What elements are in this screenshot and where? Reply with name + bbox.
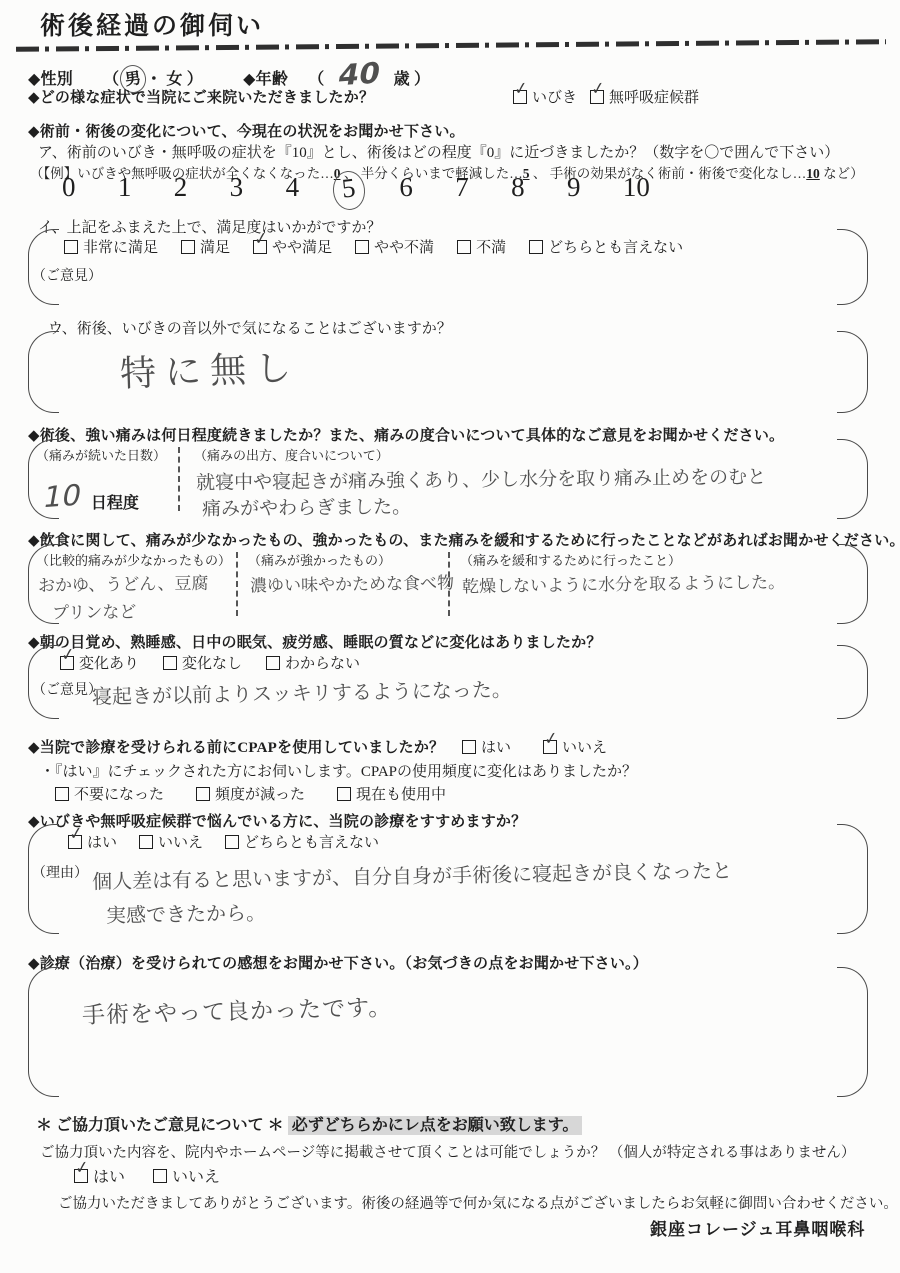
sleep-options: ✓ 変化あり 変化なし わからない: [28, 645, 868, 673]
pain-days-unit: 日程度: [91, 490, 139, 513]
option-label: 変化なし: [182, 652, 242, 673]
checkbox-less-frequent[interactable]: [196, 787, 210, 801]
scale-6[interactable]: 6: [399, 172, 413, 205]
change-heading: ◆術前・術後の変化について、今現在の状況をお聞かせ下さい。: [28, 120, 465, 141]
option-label: 非常に満足: [83, 236, 158, 257]
diet-col1-line2: プリンなど: [52, 597, 137, 623]
checkbox-changed[interactable]: ✓: [60, 656, 74, 670]
questionnaire-page: 術後経過の御伺い ◆性別 （ 男 ・ 女 ） ◆年齢 （ 40 歳 ） ◆どの様…: [0, 0, 900, 1273]
option-label: 満足: [200, 236, 230, 257]
scale-7[interactable]: 7: [455, 172, 469, 205]
pain-answer-box: （痛みが続いた日数） 10 日程度 （痛みの出方、度合いについて） 就寝中や寝起…: [28, 439, 868, 519]
other-concerns-answer: 特に無し: [119, 340, 301, 397]
option-label: いいえ: [172, 1164, 220, 1187]
pain-detail-line2: 痛みがやわらぎました。: [202, 492, 411, 521]
option-label: 頻度が減った: [215, 783, 305, 804]
checkbox-unknown[interactable]: [266, 656, 280, 670]
checkbox-somewhat-satisfied[interactable]: ✓: [253, 240, 267, 254]
symptom-question: ◆どの様な症状で当院にご来院いただきましたか？: [28, 86, 374, 107]
checkbox-cpap-no[interactable]: ✓: [543, 740, 557, 754]
option-label: 無呼吸症候群: [609, 86, 699, 107]
diet-col1-line1: おかゆ、うどん、豆腐: [38, 569, 209, 596]
diet-col3-line1: 乾燥しないように水分を取るようにした。: [462, 568, 785, 598]
checkbox-no-change[interactable]: [163, 656, 177, 670]
pain-days-value: 10: [41, 478, 85, 514]
checkbox-neither[interactable]: [529, 240, 543, 254]
option-label: はい: [481, 736, 511, 757]
checkbox-recommend-neither[interactable]: [225, 835, 239, 849]
option-recommend-yes: ✓ はい: [68, 831, 117, 852]
option-snoring: ✓ いびき: [513, 86, 577, 107]
checkbox-publish-yes[interactable]: ✓: [74, 1169, 88, 1183]
check-mark: ✓: [543, 730, 559, 749]
checkbox-cpap-yes[interactable]: [462, 740, 476, 754]
option-very-satisfied: 非常に満足: [64, 236, 158, 257]
option-label: いびき: [532, 86, 577, 107]
option-still-using: 現在も使用中: [337, 783, 446, 804]
recommend-options: ✓ はい いいえ どちらとも言えない: [28, 824, 868, 852]
check-mark: ✓: [74, 1159, 90, 1178]
scale-0[interactable]: 0: [62, 172, 76, 205]
checkbox-apnea[interactable]: ✓: [590, 90, 604, 104]
pain-days-answer: 10 日程度: [44, 479, 139, 513]
scale-8[interactable]: 8: [511, 172, 525, 205]
option-apnea: ✓ 無呼吸症候群: [590, 86, 699, 107]
option-label: いいえ: [158, 831, 203, 852]
footer-thanks: ご協力いただきましてありがとうございます。術後の経過等で何か気になる点がございま…: [58, 1192, 898, 1213]
checkbox-very-satisfied[interactable]: [64, 240, 78, 254]
age-suffix: 歳 ）: [394, 71, 431, 88]
impression-answer: 手術をやって良かったです。: [82, 989, 393, 1030]
pain-detail-label: （痛みの出方、度合いについて）: [194, 445, 389, 464]
option-neither: どちらとも言えない: [529, 236, 683, 257]
option-unknown: わからない: [266, 652, 360, 673]
option-label: どちらとも言えない: [244, 831, 379, 852]
option-changed: ✓ 変化あり: [60, 652, 139, 673]
scale-1[interactable]: 1: [118, 172, 132, 205]
comment-label: （ご意見）: [30, 265, 104, 285]
option-label: 変化あり: [79, 652, 139, 673]
sleep-answer-box: ✓ 変化あり 変化なし わからない （ご意見） 寝起きが以前よりスッキリするよう…: [28, 645, 868, 719]
option-no-change: 変化なし: [163, 652, 242, 673]
rating-scale: 0 1 2 3 4 5 6 7 8 9 10: [62, 172, 650, 205]
diet-col2-line1: 濃ゆい味やかためな食べ物: [250, 569, 454, 597]
option-label: はい: [93, 1164, 125, 1187]
publish-options: ✓ はい いいえ: [74, 1164, 220, 1187]
checkbox-snoring[interactable]: ✓: [513, 90, 527, 104]
change-question-a: ア、術前のいびき・無呼吸の症状を『10』とし、術後はどの程度『0』に近づきました…: [38, 141, 839, 162]
scale-2[interactable]: 2: [174, 172, 188, 205]
option-label: はい: [87, 831, 117, 852]
diet-col3-label: （痛みを緩和するために行ったこと）: [460, 550, 681, 569]
recommend-reason-line1: 個人差は有ると思いますが、自分自身が手術後に寝起きが良くなったと: [92, 854, 732, 894]
checkbox-no-longer-needed[interactable]: [55, 787, 69, 801]
option-cpap-no: ✓ いいえ: [543, 736, 607, 757]
footer-note-highlight: 必ずどちらかにレ点をお願い致します。: [288, 1116, 583, 1135]
checkbox-somewhat-dissatisfied[interactable]: [355, 240, 369, 254]
circled-scale-answer[interactable]: 5: [332, 169, 367, 211]
page-title: 術後経過の御伺い: [40, 6, 264, 42]
checkbox-publish-no[interactable]: [153, 1169, 167, 1183]
footer-note-prefix: ＊ ご協力頂いたご意見について ＊: [36, 1117, 288, 1134]
publish-question: ご協力頂いた内容を、院内やホームページ等に掲載させて頂くことは可能でしょうか？ …: [40, 1141, 855, 1162]
sleep-comment-value: 寝起きが以前よりスッキリするようになった。: [92, 673, 512, 709]
cpap-followup-question: ・『はい』にチェックされた方にお伺いします。CPAPの使用頻度に変化はありました…: [40, 760, 637, 781]
scale-3[interactable]: 3: [230, 172, 244, 205]
check-mark: ✓: [253, 230, 269, 249]
footer-note: ＊ ご協力頂いたご意見について ＊ 必ずどちらかにレ点をお願い致します。: [36, 1112, 582, 1135]
option-recommend-no: いいえ: [139, 831, 203, 852]
option-label: 不満: [476, 236, 506, 257]
other-concerns-answer-box: 特に無し: [28, 331, 868, 413]
checkbox-still-using[interactable]: [337, 787, 351, 801]
checkbox-recommend-yes[interactable]: ✓: [68, 835, 82, 849]
recommend-reason-line2: 実感できたから。: [106, 897, 266, 929]
pain-detail-line1: 就寝中や寝起きが痛み強くあり、少し水分を取り痛み止めをのむと: [196, 462, 766, 495]
option-publish-no: いいえ: [153, 1164, 220, 1187]
option-no-longer-needed: 不要になった: [55, 783, 164, 804]
option-somewhat-dissatisfied: やや不満: [355, 236, 434, 257]
cpap-question: ◆当院で診療を受けられる前にCPAPを使用していましたか？: [28, 736, 444, 757]
diet-column-high-pain: （痛みが強かったもの） 濃ゆい味やかためな食べ物: [236, 552, 448, 616]
pain-days-column: （痛みが続いた日数） 10 日程度: [28, 439, 178, 519]
option-label: やや満足: [272, 236, 332, 257]
example-value-10: 10: [806, 166, 820, 181]
diet-col1-label: （比較的痛みが少なかったもの）: [36, 550, 231, 569]
option-label: どちらとも言えない: [548, 236, 683, 257]
diet-answer-box: （比較的痛みが少なかったもの） おかゆ、うどん、豆腐 プリンなど （痛みが強かっ…: [28, 544, 868, 624]
checkbox-satisfied[interactable]: [181, 240, 195, 254]
check-mark: ✓: [68, 825, 84, 844]
option-less-frequent: 頻度が減った: [196, 783, 305, 804]
scale-10[interactable]: 10: [623, 172, 650, 205]
pain-columns: （痛みが続いた日数） 10 日程度 （痛みの出方、度合いについて） 就寝中や寝起…: [28, 439, 868, 519]
check-mark: ✓: [60, 646, 76, 665]
pain-detail-column: （痛みの出方、度合いについて） 就寝中や寝起きが痛み強くあり、少し水分を取り痛み…: [178, 447, 868, 511]
pain-days-label: （痛みが続いた日数）: [36, 445, 166, 464]
diet-column-low-pain: （比較的痛みが少なかったもの） おかゆ、うどん、豆腐 プリンなど: [28, 544, 236, 624]
diet-columns: （比較的痛みが少なかったもの） おかゆ、うどん、豆腐 プリンなど （痛みが強かっ…: [28, 544, 868, 624]
option-label: わからない: [285, 652, 360, 673]
option-label: 不要になった: [74, 783, 164, 804]
option-label: やや不満: [374, 236, 434, 257]
satisfaction-answer-box: 非常に満足 満足 ✓ やや満足 やや不満 不満 どちらとも言えない: [28, 229, 868, 305]
option-cpap-yes: はい: [462, 736, 511, 757]
option-publish-yes: ✓ はい: [74, 1164, 125, 1187]
scale-4[interactable]: 4: [286, 172, 300, 205]
example-suffix: など）: [820, 166, 864, 181]
checkbox-recommend-no[interactable]: [139, 835, 153, 849]
option-recommend-neither: どちらとも言えない: [225, 831, 379, 852]
option-somewhat-satisfied: ✓ やや満足: [253, 236, 332, 257]
recommend-answer-box: ✓ はい いいえ どちらとも言えない （理由） 個人差は有ると思いますが、自分自…: [28, 824, 868, 934]
reason-label: （理由）: [30, 862, 90, 882]
scale-9[interactable]: 9: [567, 172, 581, 205]
clinic-name: 銀座コレージュ耳鼻咽喉科: [650, 1215, 865, 1240]
scale-5: 5: [341, 172, 358, 203]
option-label: 現在も使用中: [356, 783, 446, 804]
satisfaction-options: 非常に満足 満足 ✓ やや満足 やや不満 不満 どちらとも言えない: [28, 229, 868, 257]
check-mark: ✓: [590, 80, 606, 99]
cpap-followup-options: 不要になった 頻度が減った 現在も使用中: [55, 783, 446, 804]
checkbox-dissatisfied[interactable]: [457, 240, 471, 254]
diet-column-relief: （痛みを緩和するために行ったこと） 乾燥しないように水分を取るようにした。: [448, 552, 868, 616]
diet-col2-label: （痛みが強かったもの）: [248, 550, 391, 569]
option-satisfied: 満足: [181, 236, 230, 257]
option-dissatisfied: 不満: [457, 236, 506, 257]
check-mark: ✓: [513, 80, 529, 99]
option-label: いいえ: [562, 736, 607, 757]
impression-answer-box: 手術をやって良かったです。: [28, 967, 868, 1097]
